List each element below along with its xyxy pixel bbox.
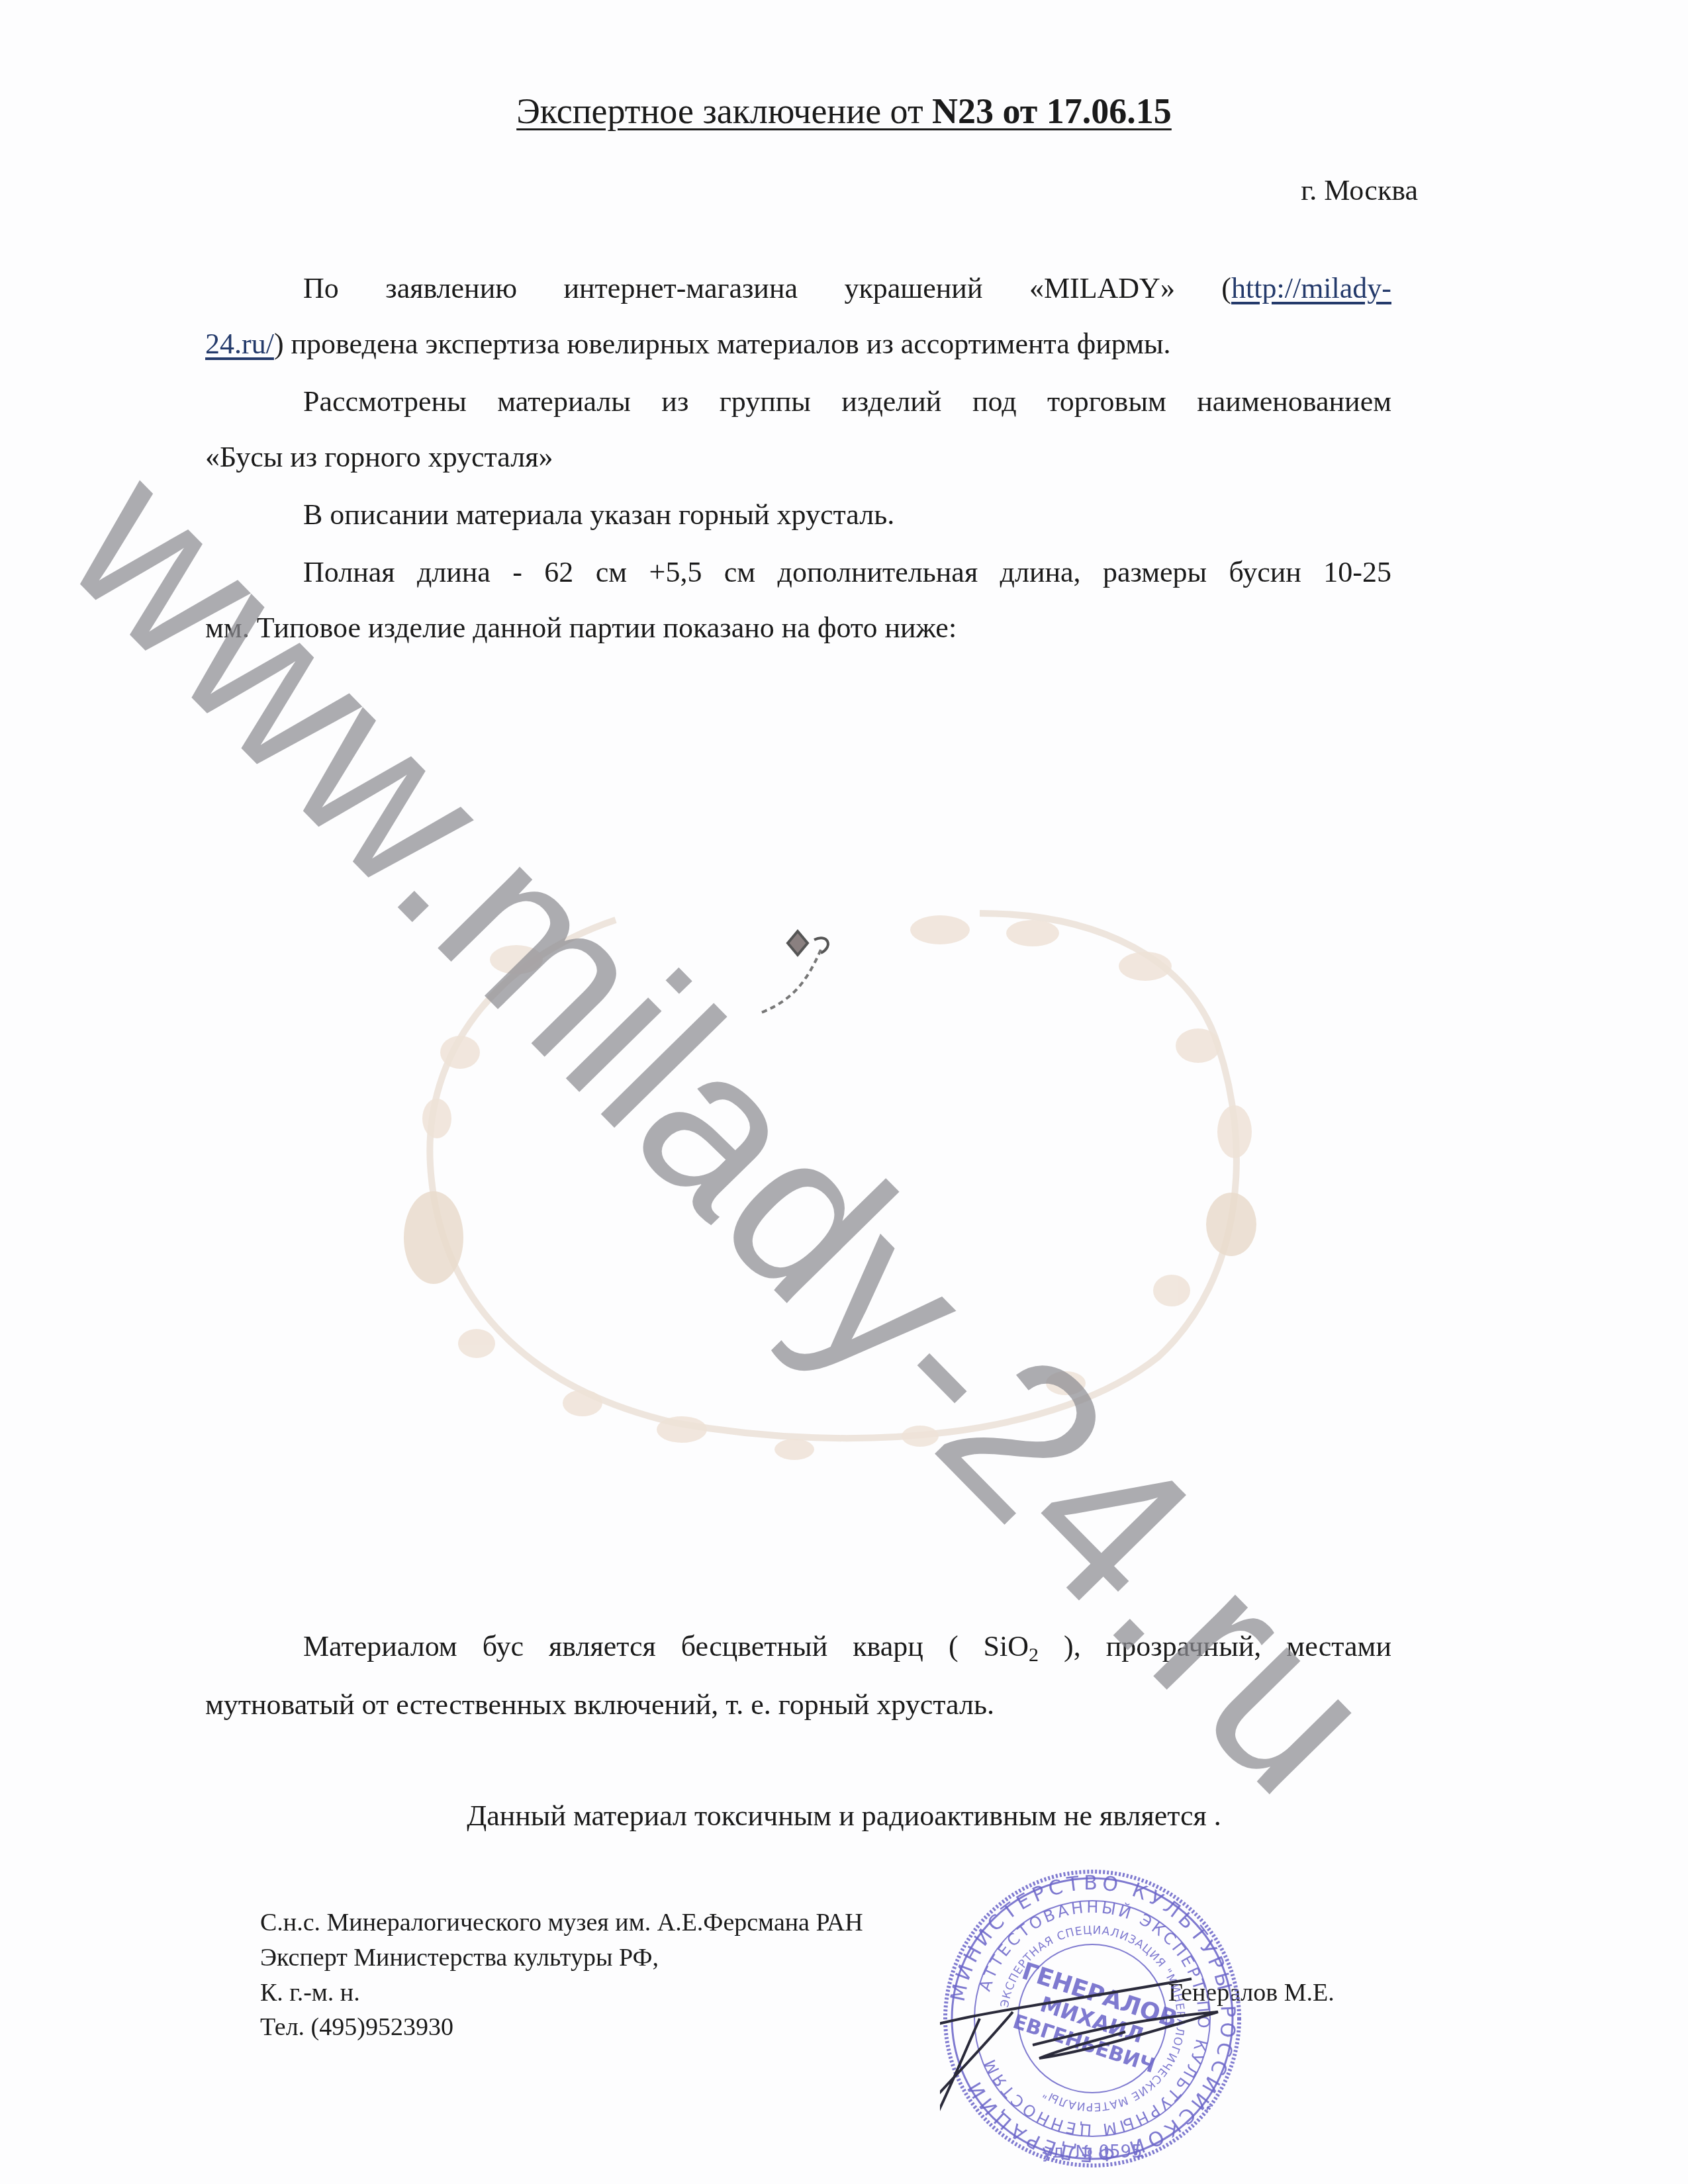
paragraph-2-line-2: «Бусы из горного хрусталя»: [205, 440, 1391, 475]
signature-line-1: С.н.с. Минералогического музея им. А.Е.Ф…: [260, 1907, 863, 1938]
title-prefix: Экспертное заключение от: [516, 91, 932, 131]
official-stamp: МИНИСТЕРСТВО КУЛЬТУРЫ РОССИЙСКОЙ ФЕДЕРАЦ…: [940, 1866, 1244, 2171]
document-title: Экспертное заключение от N23 от 17.06.15: [0, 91, 1688, 131]
p1-text-2: ) проведена экспертиза ювелирных материа…: [274, 328, 1171, 360]
document-page: Экспертное заключение от N23 от 17.06.15…: [0, 0, 1688, 2184]
paragraph-5-line-2: мутноватый от естественных включений, т.…: [205, 1688, 1391, 1722]
p5-text-a: Материалом бус является бесцветный кварц…: [303, 1630, 1029, 1662]
paragraph-4-line-1: Полная длина - 62 см +5,5 см дополнитель…: [303, 555, 1391, 590]
paragraph-1-line-2: 24.ru/) проведена экспертиза ювелирных м…: [205, 327, 1391, 361]
p5-text-b: ), прозрачный, местами: [1039, 1630, 1391, 1662]
p1-text: По заявлению интернет-магазина украшений…: [303, 272, 1231, 304]
city-label: г. Москва: [1301, 173, 1418, 208]
conclusion-statement: Данный материал токсичным и радиоактивны…: [0, 1799, 1688, 1833]
site-link-continued[interactable]: 24.ru/: [205, 328, 274, 360]
signature-line-4: Тел. (495)9523930: [260, 2012, 453, 2042]
paragraph-4-line-2: мм. Типовое изделие данной партии показа…: [205, 611, 1391, 645]
necklace-photo: [397, 880, 1324, 1463]
stamp-cert-number: уд. № 0595: [1042, 2142, 1142, 2162]
paragraph-1-line-1: По заявлению интернет-магазина украшений…: [303, 271, 1391, 306]
site-link[interactable]: http://milady-: [1231, 272, 1391, 304]
title-number-date: N23 от 17.06.15: [932, 91, 1172, 131]
paragraph-3: В описании материала указан горный хруст…: [303, 498, 1391, 532]
signature-line-3: К. г.-м. н.: [260, 1978, 360, 2008]
paragraph-5-line-1: Материалом бус является бесцветный кварц…: [303, 1629, 1391, 1664]
signature-line-2: Эксперт Министерства культуры РФ,: [260, 1942, 659, 1973]
paragraph-2-line-1: Рассмотрены материалы из группы изделий …: [303, 385, 1391, 419]
p5-subscript: 2: [1029, 1644, 1039, 1666]
